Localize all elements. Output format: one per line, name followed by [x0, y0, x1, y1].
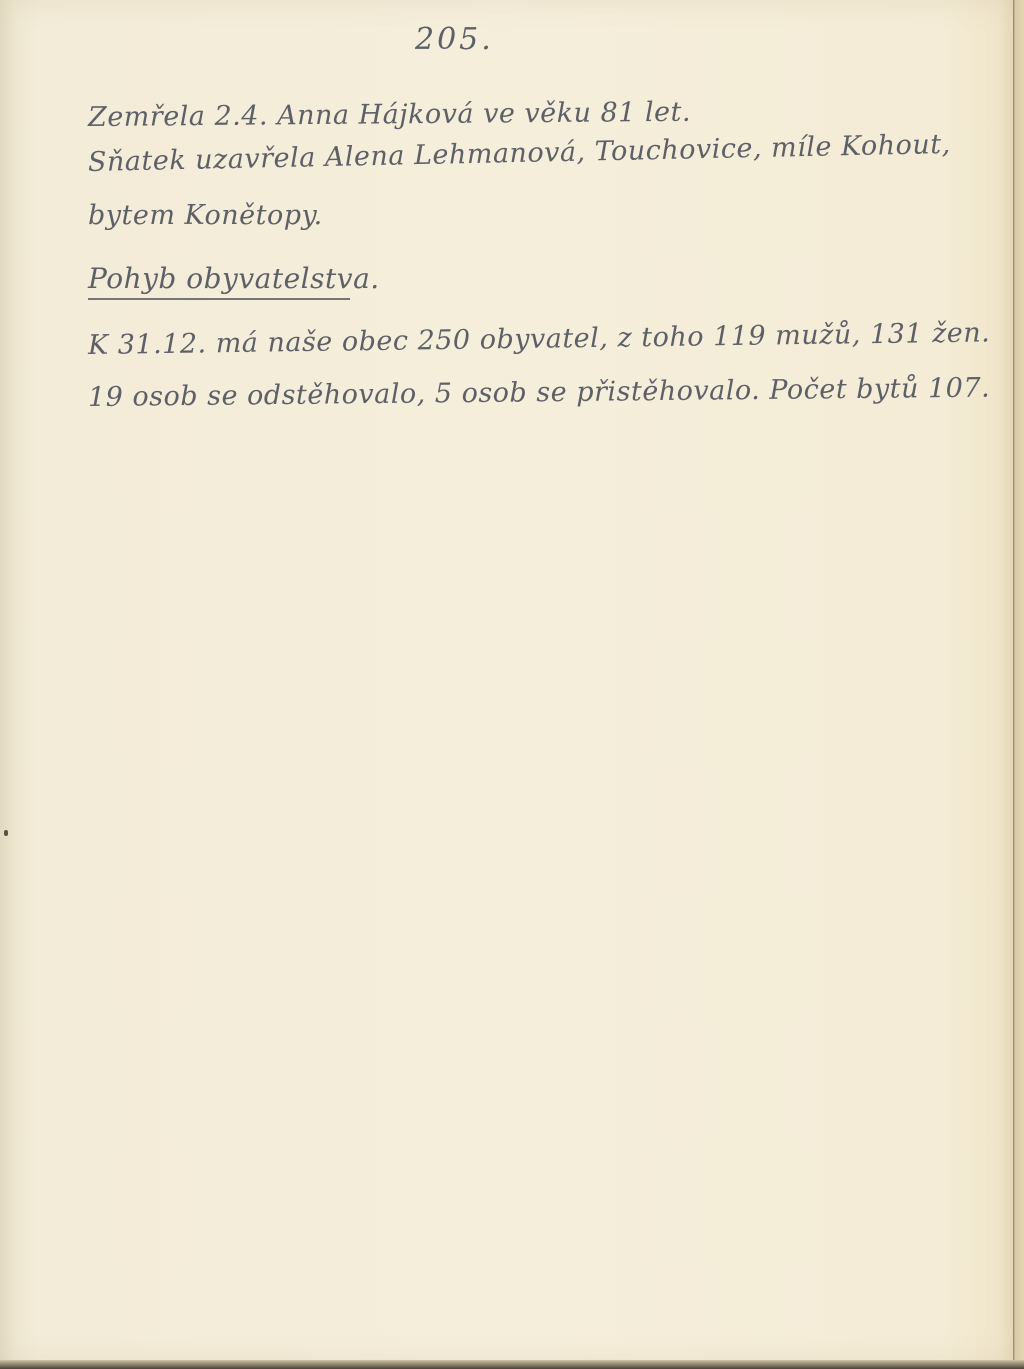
page-number: 205. — [415, 22, 494, 57]
migration-line: 19 osob se odstěhovalo, 5 osob se přistě… — [88, 373, 990, 413]
heading-underline — [88, 298, 350, 300]
bottom-edge — [0, 1360, 1024, 1369]
page-edge — [1013, 0, 1024, 1369]
entry-line-marriage: Sňatek uzavřela Alena Lehmanová, Touchov… — [88, 129, 951, 178]
entry-line-death: Zemřela 2.4. Anna Hájková ve věku 81 let… — [88, 97, 691, 133]
section-heading: Pohyb obyvatelstva. — [88, 262, 380, 295]
population-line: K 31.12. má naše obec 250 obyvatel, z to… — [88, 317, 991, 361]
document-page: 205. Zemřela 2.4. Anna Hájková ve věku 8… — [0, 0, 1014, 1362]
entry-line-residence: bytem Konětopy. — [88, 200, 323, 231]
binding-mark — [4, 830, 8, 836]
